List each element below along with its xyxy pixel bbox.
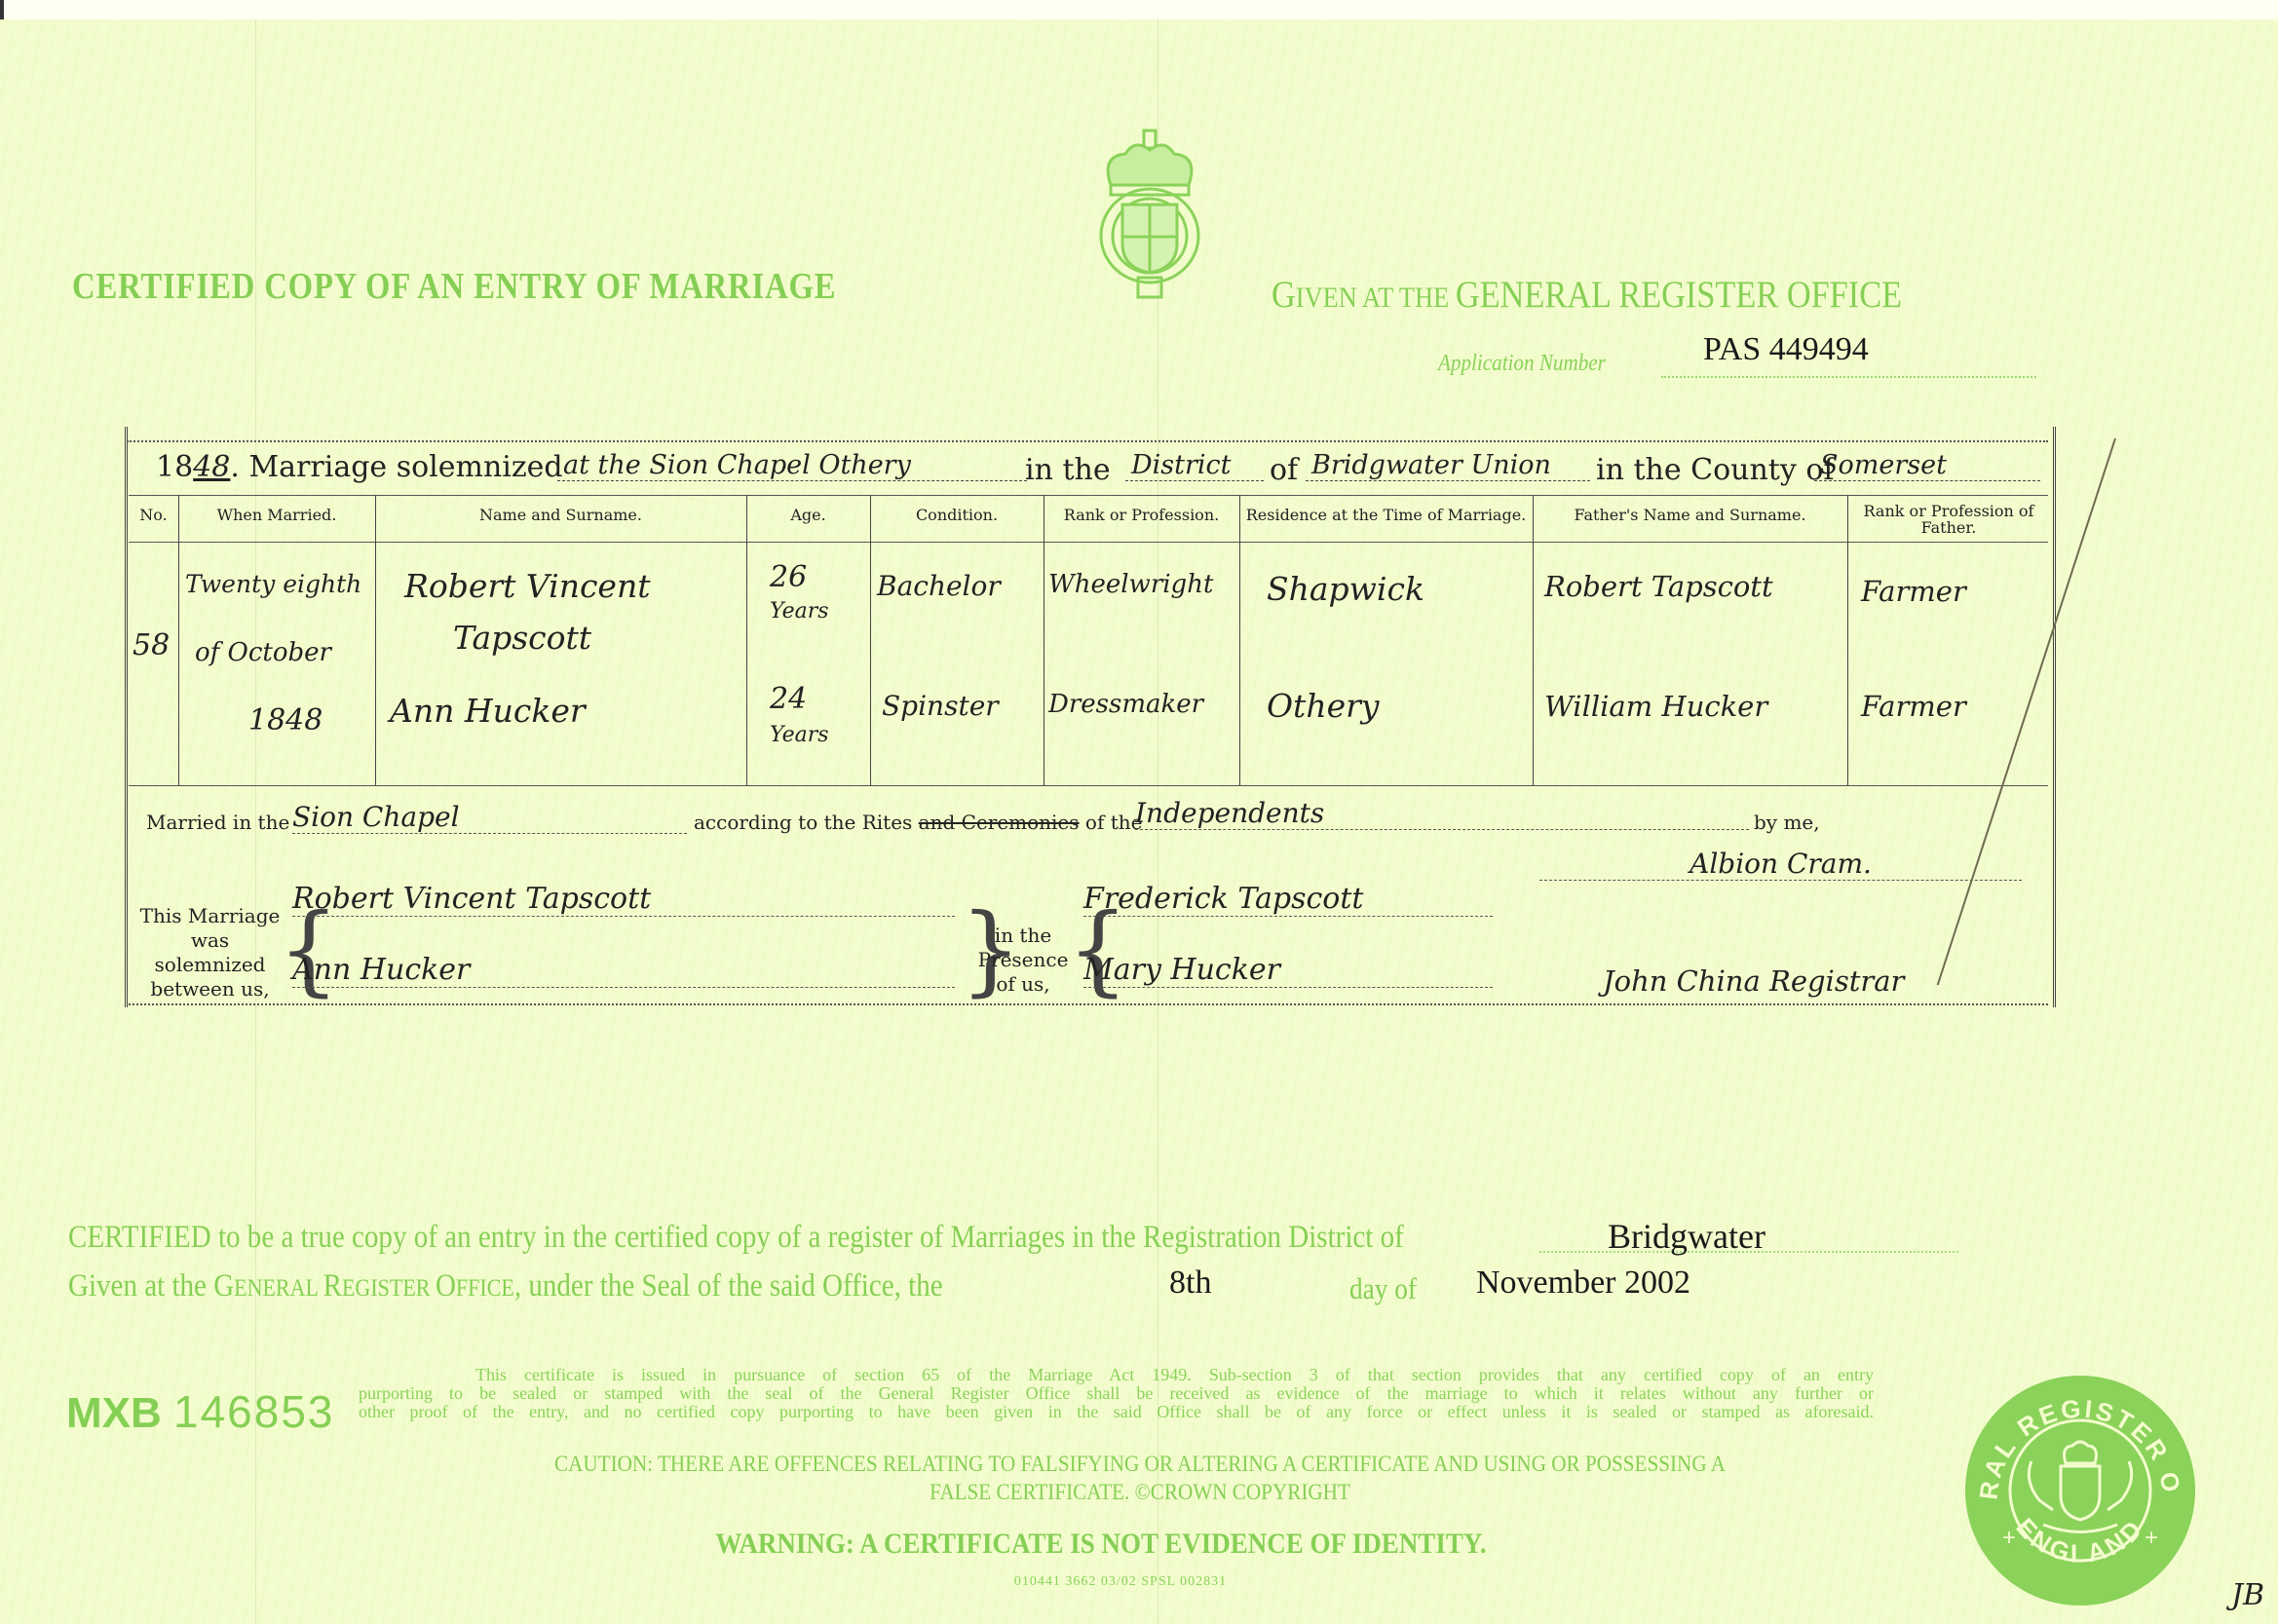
struck-ceremonies: and Ceremonies — [919, 811, 1080, 834]
given-prefix: G — [1272, 274, 1296, 316]
witness-1-signature: Frederick Tapscott — [1083, 882, 1493, 917]
table-rule — [129, 542, 2048, 543]
svg-text:+: + — [2145, 1525, 2158, 1551]
application-number-label: Application Number — [1438, 351, 1606, 377]
officiant-signature: Albion Cram. — [1539, 848, 2022, 881]
issue-day-value: 8th — [1169, 1265, 1211, 1302]
column-header-age: Age. — [746, 507, 870, 523]
column-divider — [1847, 495, 1848, 785]
column-header-when-married: When Married. — [178, 507, 375, 523]
column-divider — [870, 495, 871, 785]
gro-england-seal-icon: GENERAL REGISTER OFFICE ENGLAND + + — [1963, 1374, 2197, 1607]
scan-edge — [0, 0, 4, 19]
serial-prefix: MXB — [66, 1389, 162, 1437]
register-top-border — [127, 440, 2048, 442]
column-divider — [1533, 495, 1534, 785]
solemnized-label-line: was — [139, 928, 281, 953]
district-field: District — [1125, 450, 1264, 481]
table-rule — [129, 495, 2048, 496]
marriage-solemnized-label: . Marriage solemnized — [230, 450, 562, 484]
groom-age-unit: Years — [770, 599, 829, 623]
by-me-label: by me, — [1754, 811, 1820, 834]
certificate-title: CERTIFIED COPY OF AN ENTRY OF MARRIAGE — [72, 265, 836, 308]
given-at-gro-heading: GIVEN AT THE GENERAL REGISTER OFFICE — [1272, 273, 1902, 317]
column-header-rank: Rank or Profession. — [1044, 507, 1239, 523]
registrar-signature: John China Registrar — [1603, 964, 1904, 998]
groom-condition: Bachelor — [877, 570, 1001, 602]
statute-line: other proof of the entry, and no certifi… — [359, 1403, 1874, 1421]
application-number-value: PAS 449494 — [1703, 331, 1869, 368]
presence-label-line: of us, — [974, 972, 1072, 997]
solemnized-label-line: solemnized — [139, 953, 281, 977]
column-header-no: No. — [129, 507, 178, 523]
groom-residence: Shapwick — [1267, 570, 1424, 608]
royal-crest-icon — [1082, 127, 1218, 302]
statute-line: This certificate is issued in pursuance … — [359, 1366, 1874, 1384]
caution-line: FALSE CERTIFICATE. ©CROWN COPYRIGHT — [468, 1478, 1812, 1506]
print-code: 010441 3662 03/02 SPSL 002831 — [974, 1574, 1267, 1590]
day-of-label: day of — [1349, 1271, 1417, 1306]
identity-warning: WARNING: A CERTIFICATE IS NOT EVIDENCE O… — [636, 1528, 1566, 1561]
county-label: in the County of — [1596, 453, 1834, 487]
witness-2-signature: Mary Hucker — [1083, 953, 1493, 988]
statute-line: purporting to be sealed or stamped with … — [359, 1384, 1874, 1403]
groom-father-profession: Farmer — [1861, 575, 1966, 608]
party-1-signature: Robert Vincent Tapscott — [292, 882, 955, 917]
application-number-dotted-line — [1661, 376, 2036, 378]
bride-residence: Othery — [1267, 687, 1380, 725]
given-letter: R — [323, 1268, 342, 1303]
given-letter: O — [436, 1268, 456, 1303]
entry-number: 58 — [133, 628, 170, 662]
of-the-text: of the — [1085, 811, 1143, 834]
table-rule — [129, 785, 2048, 786]
county-field: Somerset — [1814, 450, 2040, 481]
column-divider — [375, 495, 376, 785]
groom-age: 26 — [770, 560, 807, 594]
bride-age-unit: Years — [770, 723, 829, 747]
certificate-serial-number: MXB 146853 — [66, 1385, 335, 1438]
groom-profession: Wheelwright — [1048, 570, 1213, 599]
issue-month-year-value: November 2002 — [1476, 1265, 1690, 1302]
given-smallcaps: EGISTER — [342, 1275, 436, 1302]
union-field: Bridgwater Union — [1306, 450, 1590, 481]
scan-top-margin — [0, 0, 2278, 19]
certified-word: CERTIFIED — [68, 1220, 211, 1255]
solemnized-between-label: This Marriage was solemnized between us, — [139, 904, 281, 1001]
given-at-statement: Given at the GENERAL REGISTER OFFICE, un… — [68, 1268, 943, 1304]
serial-digits: 146853 — [173, 1386, 335, 1437]
certified-statement: CERTIFIED to be a true copy of an entry … — [68, 1220, 1404, 1256]
handwritten-initials: JB — [2231, 1578, 2264, 1612]
bride-father-profession: Farmer — [1861, 690, 1966, 723]
column-header-condition: Condition. — [870, 507, 1044, 523]
when-married-line-1: Twenty eighth — [185, 570, 361, 598]
given-smallcaps: FFICE — [456, 1275, 514, 1302]
registration-district-value: Bridgwater — [1608, 1216, 1765, 1257]
solemnized-label-line: between us, — [139, 977, 281, 1001]
party-2-signature: Ann Hucker — [292, 953, 955, 988]
groom-name-line-2: Tapscott — [453, 619, 591, 657]
column-header-name: Name and Surname. — [375, 507, 746, 523]
column-header-father-name: Father's Name and Surname. — [1533, 507, 1847, 523]
bride-profession: Dressmaker — [1048, 690, 1203, 719]
when-married-line-3: 1848 — [248, 703, 323, 737]
given-text: , under the Seal of the said Office, the — [514, 1268, 943, 1303]
bride-condition: Spinster — [882, 690, 999, 722]
svg-text:+: + — [2002, 1525, 2016, 1551]
presence-label: in the Presence of us, — [974, 924, 1072, 997]
groom-father-name: Robert Tapscott — [1544, 570, 1773, 603]
statutory-notice: This certificate is issued in pursuance … — [359, 1366, 1874, 1421]
presence-label-line: Presence — [974, 948, 1072, 972]
solemnized-label-line: This Marriage — [139, 904, 281, 928]
column-divider — [746, 495, 747, 785]
column-header-residence: Residence at the Time of Marriage. — [1239, 507, 1533, 523]
denomination-field: Independents — [1135, 797, 1749, 830]
groom-name-line-1: Robert Vincent — [404, 567, 650, 605]
certified-text: to be a true copy of an entry in the cer… — [211, 1220, 1404, 1255]
presence-label-line: in the — [974, 924, 1072, 948]
married-in-field: Sion Chapel — [292, 801, 687, 834]
column-header-father-rank: Rank or Profession of Father. — [1851, 503, 2046, 536]
of-label: of — [1270, 453, 1298, 487]
column-divider — [1239, 495, 1240, 785]
married-in-label: Married in the — [146, 811, 289, 834]
caution-notice: CAUTION: THERE ARE OFFENCES RELATING TO … — [468, 1450, 1812, 1506]
year-written: 48 — [193, 450, 230, 484]
given-letter: G — [213, 1268, 234, 1303]
column-divider — [178, 495, 179, 785]
caution-line: CAUTION: THERE ARE OFFENCES RELATING TO … — [468, 1450, 1812, 1478]
bride-father-name: William Hucker — [1544, 690, 1767, 723]
year-printed: 18 — [156, 450, 193, 484]
given-prefix-smallcaps: IVEN AT THE — [1296, 282, 1456, 314]
bride-name: Ann Hucker — [390, 692, 586, 730]
given-smallcaps: ENERAL — [234, 1275, 323, 1302]
rites-label: according to the Rites and Ceremonies of… — [694, 811, 1142, 834]
in-the-label: in the — [1025, 453, 1111, 487]
column-divider — [1044, 495, 1044, 785]
rites-text: according to the Rites — [694, 811, 912, 834]
register-bottom-border — [129, 1003, 2048, 1005]
gro-name: GENERAL REGISTER OFFICE — [1456, 274, 1902, 316]
given-text: Given at the — [68, 1268, 213, 1303]
when-married-line-2: of October — [195, 638, 331, 667]
place-field: at the Sion Chapel Othery — [557, 450, 1027, 481]
register-year-line: 1848. Marriage solemnized — [156, 450, 563, 484]
bride-age: 24 — [770, 682, 807, 716]
